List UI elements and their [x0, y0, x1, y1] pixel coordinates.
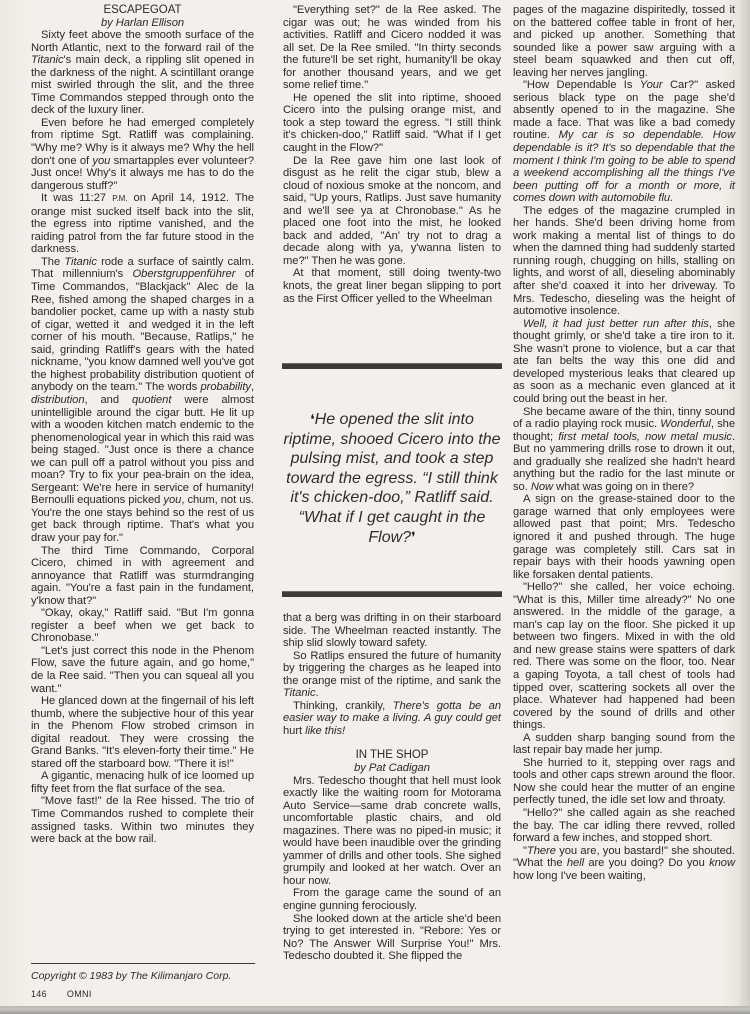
spacer [283, 737, 501, 749]
paragraph: "Move fast!" de la Ree hissed. The trio … [31, 795, 254, 845]
paragraph: The edges of the magazine crumpled in he… [513, 205, 735, 318]
story-title-in-the-shop: IN THE SHOP [283, 749, 501, 762]
footnote-divider [31, 963, 255, 964]
byline-harlan-ellison: by Harlan Ellison [31, 17, 254, 30]
paragraph: Well, it had just better run after this,… [513, 318, 735, 406]
paragraph: A gigantic, menacing hulk of ice loomed … [31, 770, 254, 795]
paragraph: De la Ree gave him one last look of disg… [283, 155, 501, 268]
paragraph: The Titanic rode a surface of saintly ca… [31, 256, 254, 545]
paragraph: Mrs. Tedescho thought that hell must loo… [283, 775, 501, 888]
paragraph: At that moment, still doing twenty-two k… [283, 267, 501, 305]
magazine-name: OMNI [67, 989, 92, 999]
paragraph: She became aware of the thin, tinny soun… [513, 406, 735, 494]
paragraph: A sudden sharp banging sound from the la… [513, 732, 735, 757]
paragraph: that a berg was drifting in on their sta… [283, 612, 501, 650]
paragraph: She looked down at the article she'd bee… [283, 913, 501, 963]
pullquote: ❛He opened the slit into riptime, shooed… [282, 410, 502, 547]
story-title-escapegoat: ESCAPEGOAT [31, 4, 254, 17]
paragraph: pages of the magazine dispiritedly, toss… [513, 4, 735, 79]
column-right: pages of the magazine dispiritedly, toss… [513, 4, 735, 882]
paragraph: "Everything set?" de la Ree asked. The c… [283, 4, 501, 92]
page-number: 146 [31, 989, 47, 999]
paragraph: So Ratlips ensured the future of humanit… [283, 650, 501, 700]
paragraph: "Let's just correct this node in the Phe… [31, 645, 254, 695]
paragraph: Sixty feet above the smooth surface of t… [31, 29, 254, 117]
paragraph: "Okay, okay," Ratliff said. "But I'm gon… [31, 607, 254, 645]
paragraph: Even before he had emerged completely fr… [31, 117, 254, 192]
pullquote-rule-top [282, 363, 502, 369]
paragraph: The third Time Commando, Corporal Cicero… [31, 545, 254, 608]
magazine-page: ESCAPEGOAT by Harlan Ellison Sixty feet … [0, 0, 750, 1014]
close-quote-mark-icon: ❜ [411, 529, 416, 545]
folio: 146OMNI [31, 989, 112, 999]
pullquote-rule-bottom [282, 591, 502, 597]
column-left: ESCAPEGOAT by Harlan Ellison Sixty feet … [31, 4, 254, 846]
column-middle-lower: that a berg was drifting in on their sta… [283, 612, 501, 963]
copyright-notice: Copyright © 1983 by The Kilimanjaro Corp… [31, 970, 231, 982]
paragraph: "Hello?" she called, her voice echoing. … [513, 581, 735, 732]
pullquote-text: He opened the slit into riptime, shooed … [284, 411, 501, 546]
paragraph: Thinking, crankily, There's gotta be an … [283, 700, 501, 738]
byline-pat-cadigan: by Pat Cadigan [283, 762, 501, 775]
paragraph: "How Dependable Is Your Car?" asked seri… [513, 79, 735, 204]
page-edge-shadow [740, 0, 750, 1014]
paragraph: "Hello?" she called again as she reached… [513, 807, 735, 845]
paragraph: He opened the slit into riptime, shooed … [283, 92, 501, 155]
column-middle-upper: "Everything set?" de la Ree asked. The c… [283, 4, 501, 305]
paragraph: It was 11:27 P.M. on April 14, 1912. The… [31, 192, 254, 256]
paragraph: "There you are, you bastard!" she shoute… [513, 845, 735, 883]
paragraph: She hurried to it, stepping over rags an… [513, 757, 735, 807]
paragraph: From the garage came the sound of an eng… [283, 887, 501, 912]
paragraph: He glanced down at the fingernail of his… [31, 695, 254, 770]
page-bottom-edge [0, 1006, 750, 1014]
paragraph: A sign on the grease-stained door to the… [513, 493, 735, 581]
